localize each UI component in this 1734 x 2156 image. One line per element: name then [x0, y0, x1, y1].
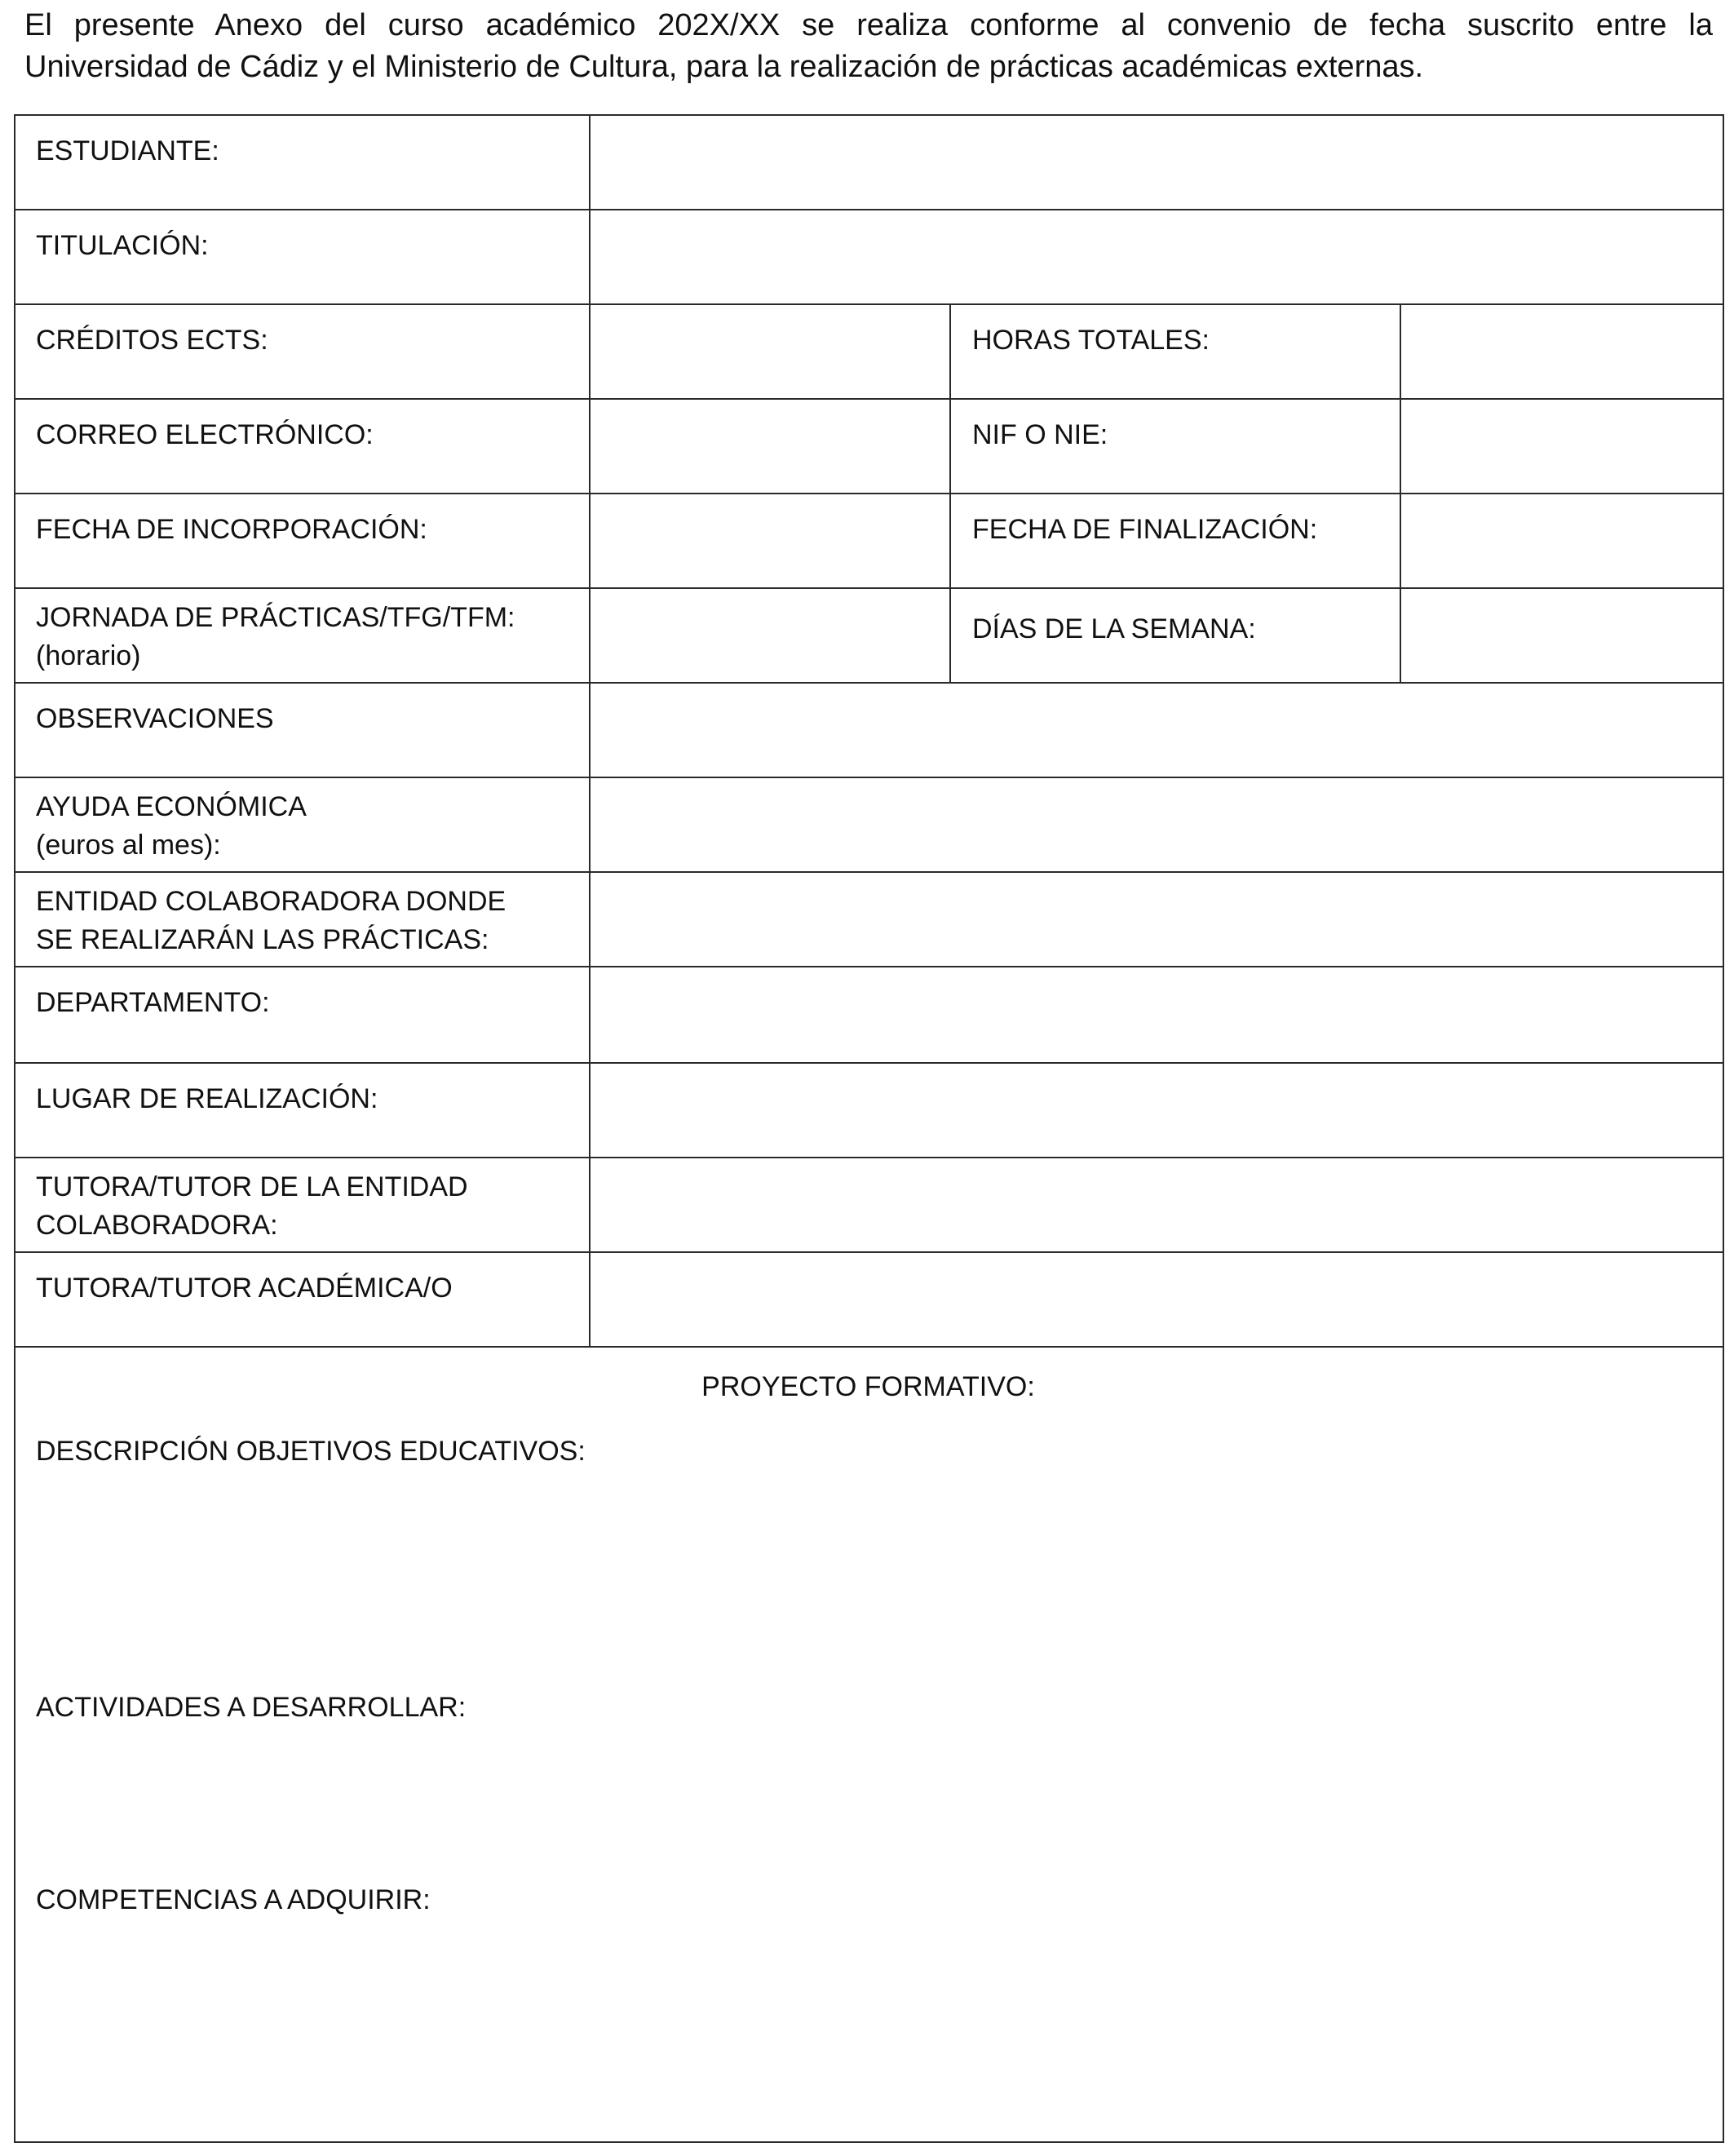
column-divider [949, 587, 951, 682]
field-value[interactable] [591, 778, 1723, 871]
field-value[interactable] [591, 1158, 1723, 1251]
field-label: TUTORA/TUTOR ACADÉMICA/O [36, 1269, 453, 1308]
field-value-secondary[interactable] [1401, 305, 1723, 398]
field-label: TUTORA/TUTOR DE LA ENTIDAD [36, 1168, 468, 1206]
actividades-field[interactable] [24, 1733, 1713, 1880]
field-label: CORREO ELECTRÓNICO: [36, 416, 374, 454]
field-value[interactable] [591, 116, 1723, 209]
field-value[interactable] [591, 305, 949, 398]
field-label: CRÉDITOS ECTS: [36, 321, 268, 360]
field-value[interactable] [591, 210, 1723, 303]
column-divider [949, 398, 951, 493]
field-value[interactable] [591, 1064, 1723, 1157]
field-label-line-2: (euros al mes): [36, 826, 221, 865]
intro-line-2: Universidad de Cádiz y el Ministerio de … [24, 46, 1713, 88]
actividades-label: ACTIVIDADES A DESARROLLAR: [36, 1689, 466, 1727]
objetivos-field[interactable] [24, 1476, 1713, 1680]
field-label-line-2: (horario) [36, 637, 140, 675]
field-label: ENTIDAD COLABORADORA DONDE [36, 883, 506, 921]
intro-paragraph: El presente Anexo del curso académico 20… [24, 5, 1713, 88]
objetivos-label: DESCRIPCIÓN OBJETIVOS EDUCATIVOS: [36, 1432, 586, 1471]
field-label: OBSERVACIONES [36, 700, 274, 738]
row-divider [14, 1346, 1724, 1348]
field-label-secondary: FECHA DE FINALIZACIÓN: [972, 511, 1317, 549]
field-value[interactable] [591, 873, 1723, 966]
field-label: FECHA DE INCORPORACIÓN: [36, 511, 427, 549]
competencias-field[interactable] [24, 1925, 1713, 2129]
field-value[interactable] [591, 400, 949, 493]
field-label-secondary: HORAS TOTALES: [972, 321, 1210, 360]
proyecto-formativo-title: PROYECTO FORMATIVO: [14, 1368, 1723, 1406]
table-border-left [14, 114, 15, 2143]
field-label: DEPARTAMENTO: [36, 984, 270, 1022]
field-label: ESTUDIANTE: [36, 132, 219, 170]
field-label-secondary: NIF O NIE: [972, 416, 1108, 454]
table-border-right [1723, 114, 1724, 2143]
field-value-secondary[interactable] [1401, 589, 1723, 682]
column-divider [949, 493, 951, 587]
column-divider [949, 303, 951, 398]
field-label: TITULACIÓN: [36, 227, 209, 265]
field-value[interactable] [591, 1253, 1723, 1346]
field-value-secondary[interactable] [1401, 494, 1723, 587]
field-label: LUGAR DE REALIZACIÓN: [36, 1080, 378, 1118]
competencias-label: COMPETENCIAS A ADQUIRIR: [36, 1881, 431, 1919]
field-value[interactable] [591, 589, 949, 682]
field-value[interactable] [591, 684, 1723, 777]
intro-line-1: El presente Anexo del curso académico 20… [24, 5, 1713, 46]
field-value[interactable] [591, 967, 1723, 1062]
field-label-secondary: DÍAS DE LA SEMANA: [972, 610, 1256, 649]
field-label: AYUDA ECONÓMICA [36, 788, 307, 826]
field-value[interactable] [591, 494, 949, 587]
field-value-secondary[interactable] [1401, 400, 1723, 493]
field-label-line-2: COLABORADORA: [36, 1206, 278, 1245]
table-border-bottom [14, 2141, 1724, 2143]
field-label-line-2: SE REALIZARÁN LAS PRÁCTICAS: [36, 921, 489, 959]
field-label: JORNADA DE PRÁCTICAS/TFG/TFM: [36, 599, 515, 637]
